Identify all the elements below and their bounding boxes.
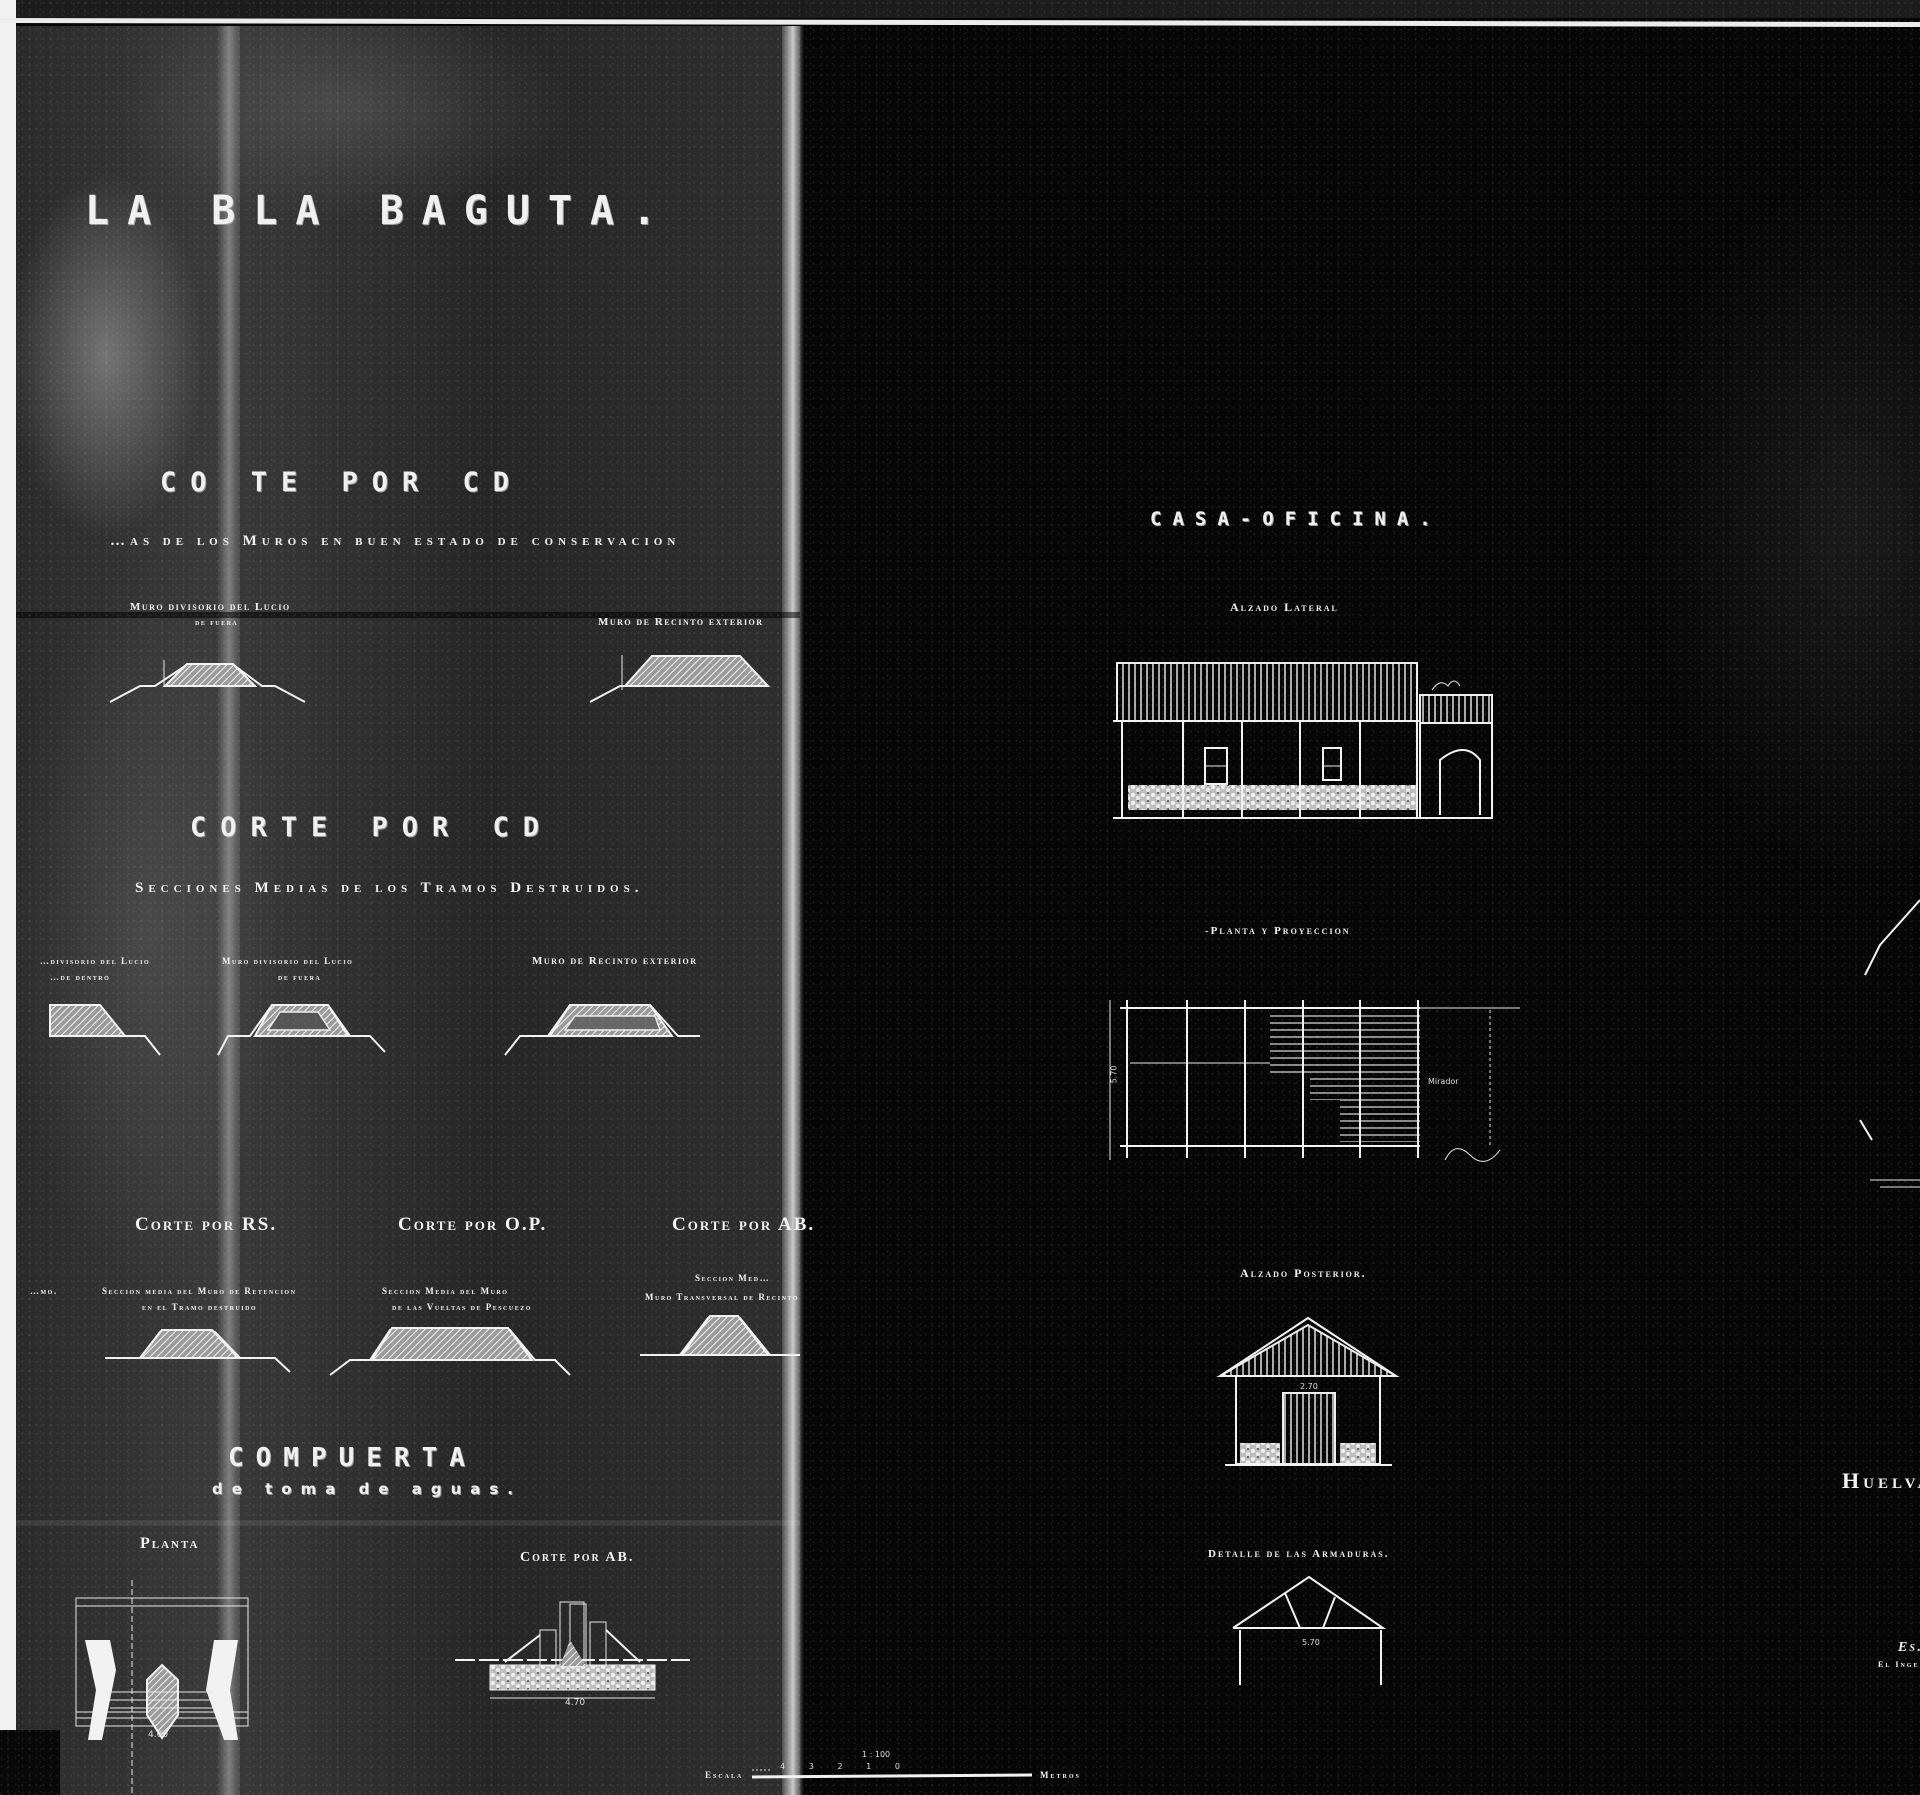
scale-tick-label: 0 xyxy=(895,1762,900,1772)
scale-tick-label: 2 xyxy=(837,1762,842,1772)
scale-tick-label: 1 xyxy=(866,1762,871,1772)
scale-tick-label: 4 xyxy=(780,1762,785,1772)
scale-tick-label: 3 xyxy=(809,1762,814,1772)
scale-bar xyxy=(0,0,1920,1795)
scale-ticks: 43210 xyxy=(780,1762,900,1772)
